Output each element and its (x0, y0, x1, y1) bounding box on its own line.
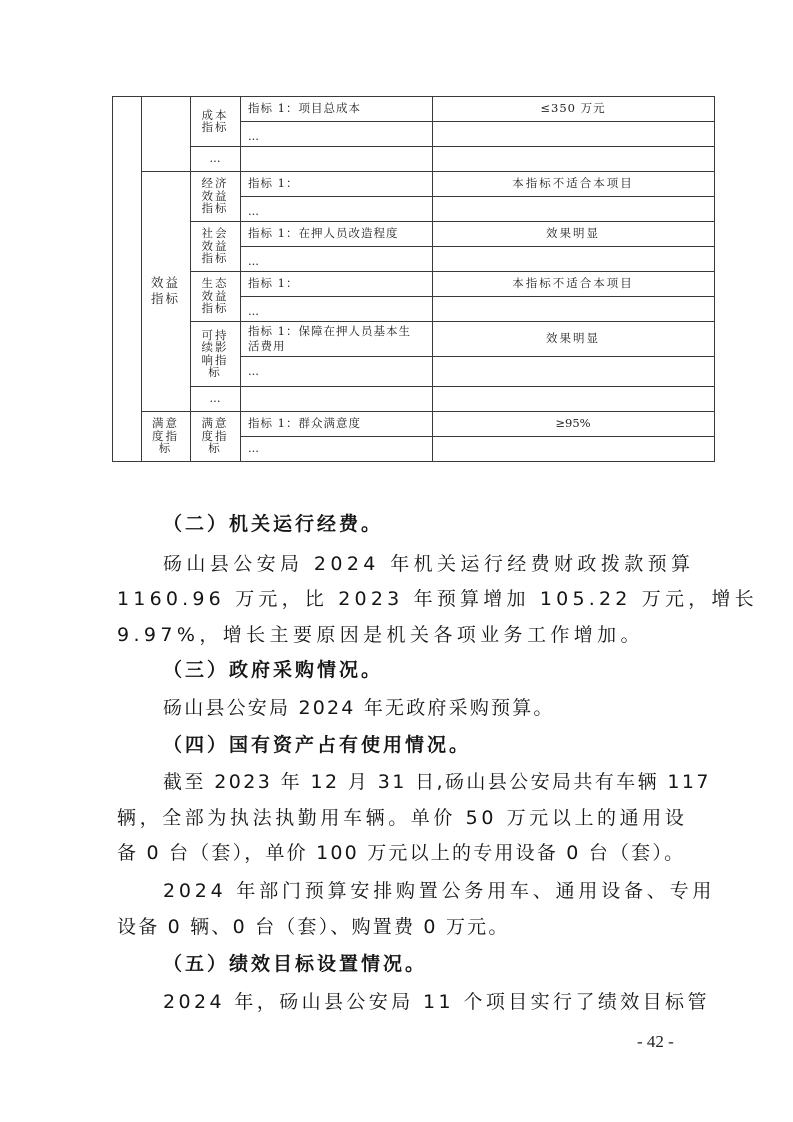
value-economic: 本指标不适合本项目 (432, 171, 714, 196)
indicator-ellipsis: ... (240, 246, 432, 271)
paragraph-line: 9.97%，增长主要原因是机关各项业务工作增加。 (117, 620, 644, 647)
category-sustainable: 可持续影响指标 (190, 321, 240, 386)
row-divider (190, 146, 715, 147)
label: 指标 (202, 251, 229, 265)
indicator-ellipsis: ... (240, 196, 432, 221)
paragraph-line: 2024 年部门预算安排购置公务用车、通用设备、专用 (163, 876, 715, 903)
indicator-ellipsis: ... (240, 121, 432, 146)
indicator-ellipsis: ... (240, 356, 432, 386)
label: 指标 (202, 301, 229, 315)
label: 标 (208, 365, 222, 379)
performance-indicator-table: 成本指标 ... 经济效益指标 社会效益指标 生态效益指标 可持续影响指标 ..… (112, 96, 715, 462)
paragraph-line: 1160.96 万元，比 2023 年预算增加 105.22 万元，增长 (117, 584, 758, 611)
row-divider (190, 386, 715, 387)
table-border-bottom (112, 461, 715, 462)
category-satisfaction: 满意度指标 (190, 411, 240, 461)
value-sustainable: 效果明显 (432, 321, 714, 356)
indicator-sustainable: 指标 1：保障在押人员基本生活费用 (240, 321, 432, 356)
indicator-satisfaction: 指标 1：群众满意度 (240, 411, 432, 436)
label: 活费用 (248, 339, 286, 353)
indicator-social: 指标 1：在押人员改造程度 (240, 221, 432, 246)
paragraph-line: 2024 年，砀山县公安局 11 个项目实行了绩效目标管 (163, 987, 710, 1014)
label: 标 (159, 441, 173, 455)
category-satisfaction-group: 满意度指标 (141, 411, 190, 461)
section-heading: （二）机关运行经费。 (163, 509, 383, 536)
section-heading: （四）国有资产占有使用情况。 (163, 730, 471, 757)
label: 效益 (151, 275, 180, 290)
table-border-right (714, 96, 715, 462)
paragraph-line: 辆，全部为执法执勤用车辆。单价 50 万元以上的通用设 (117, 803, 687, 830)
label: 标 (208, 441, 222, 455)
indicator-ellipsis: ... (240, 436, 432, 461)
paragraph-line: 砀山县公安局 2024 年机关运行经费财政拨款预算 (163, 549, 694, 576)
label: 指标 (151, 291, 180, 306)
indicator-ecological: 指标 1： (240, 271, 432, 296)
label: 指标 (202, 120, 229, 134)
paragraph-line: 截至 2023 年 12 月 31 日,砀山县公安局共有车辆 117 (163, 767, 711, 794)
table-border-left (112, 96, 113, 462)
value-cost: ≤350 万元 (432, 96, 714, 121)
indicator-cost: 指标 1：项目总成本 (240, 96, 432, 121)
section-heading: （五）绩效目标设置情况。 (163, 949, 427, 976)
label: 指标 (202, 201, 229, 215)
indicator-ellipsis: ... (240, 296, 432, 321)
section-heading: （三）政府采购情况。 (163, 655, 383, 682)
category-ellipsis: ... (190, 386, 240, 411)
category-economic: 经济效益指标 (190, 171, 240, 221)
paragraph-line: 备 0 台（套），单价 100 万元以上的专用设备 0 台（套）。 (117, 838, 685, 865)
category-cost: 成本指标 (190, 96, 240, 146)
value-ecological: 本指标不适合本项目 (432, 271, 714, 296)
indicator-economic: 指标 1： (240, 171, 432, 196)
category-benefit: 效益指标 (141, 171, 190, 411)
page-number: - 42 - (637, 1032, 674, 1052)
label: 指标 1：保障在押人员基本生 (248, 324, 411, 338)
category-ecological: 生态效益指标 (190, 271, 240, 321)
value-satisfaction: ≥95% (432, 411, 714, 436)
value-social: 效果明显 (432, 221, 714, 246)
paragraph-line: 设备 0 辆、0 台（套）、购置费 0 万元。 (117, 912, 510, 939)
category-social: 社会效益指标 (190, 221, 240, 271)
category-ellipsis: ... (190, 146, 240, 171)
paragraph-line: 砀山县公安局 2024 年无政府采购预算。 (163, 693, 555, 720)
